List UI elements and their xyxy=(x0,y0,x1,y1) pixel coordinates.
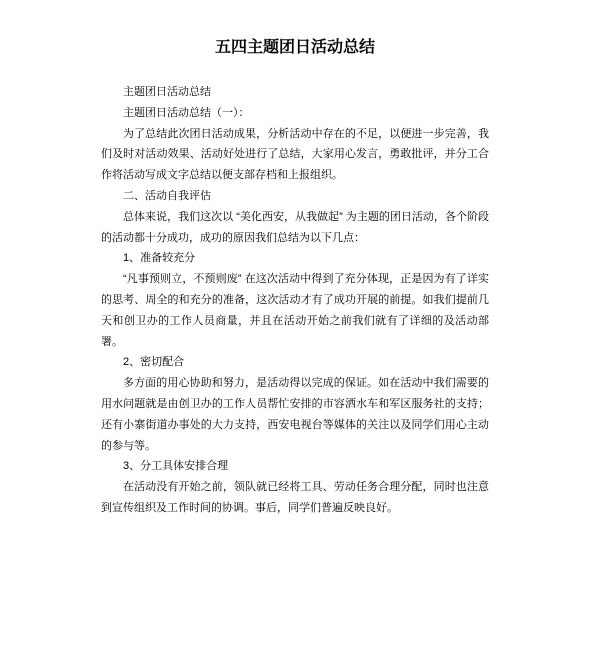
paragraph: 为了总结此次团日活动成果，分析活动中存在的不足，以便进一步完善，我们及时对活动效… xyxy=(101,124,489,186)
paragraph: 1、准备较充分 xyxy=(101,248,489,269)
paragraph: 主题团日活动总结 xyxy=(101,82,489,103)
document-title: 五四主题团日活动总结 xyxy=(101,36,489,60)
document-body: 主题团日活动总结主题团日活动总结（一）：为了总结此次团日活动成果，分析活动中存在… xyxy=(101,82,489,519)
paragraph: 多方面的用心协助和努力，是活动得以完成的保证。如在活动中我们需要的用水问题就是由… xyxy=(101,373,489,456)
paragraph: 总体来说，我们这次以 “美化西安，从我做起” 为主题的团日活动，各个阶段的活动都… xyxy=(101,207,489,249)
paragraph: 主题团日活动总结（一）： xyxy=(101,103,489,124)
paragraph: 2、密切配合 xyxy=(101,352,489,373)
document-page: 五四主题团日活动总结 主题团日活动总结主题团日活动总结（一）：为了总结此次团日活… xyxy=(0,0,590,647)
paragraph: 3、分工具体安排合理 xyxy=(101,456,489,477)
paragraph: “凡事预则立，不预则废” 在这次活动中得到了充分体现，正是因为有了详实的思考、周… xyxy=(101,269,489,352)
paragraph: 二、活动自我评估 xyxy=(101,186,489,207)
paragraph: 在活动没有开始之前，领队就已经将工具、劳动任务合理分配，同时也注意到宣传组织及工… xyxy=(101,477,489,519)
